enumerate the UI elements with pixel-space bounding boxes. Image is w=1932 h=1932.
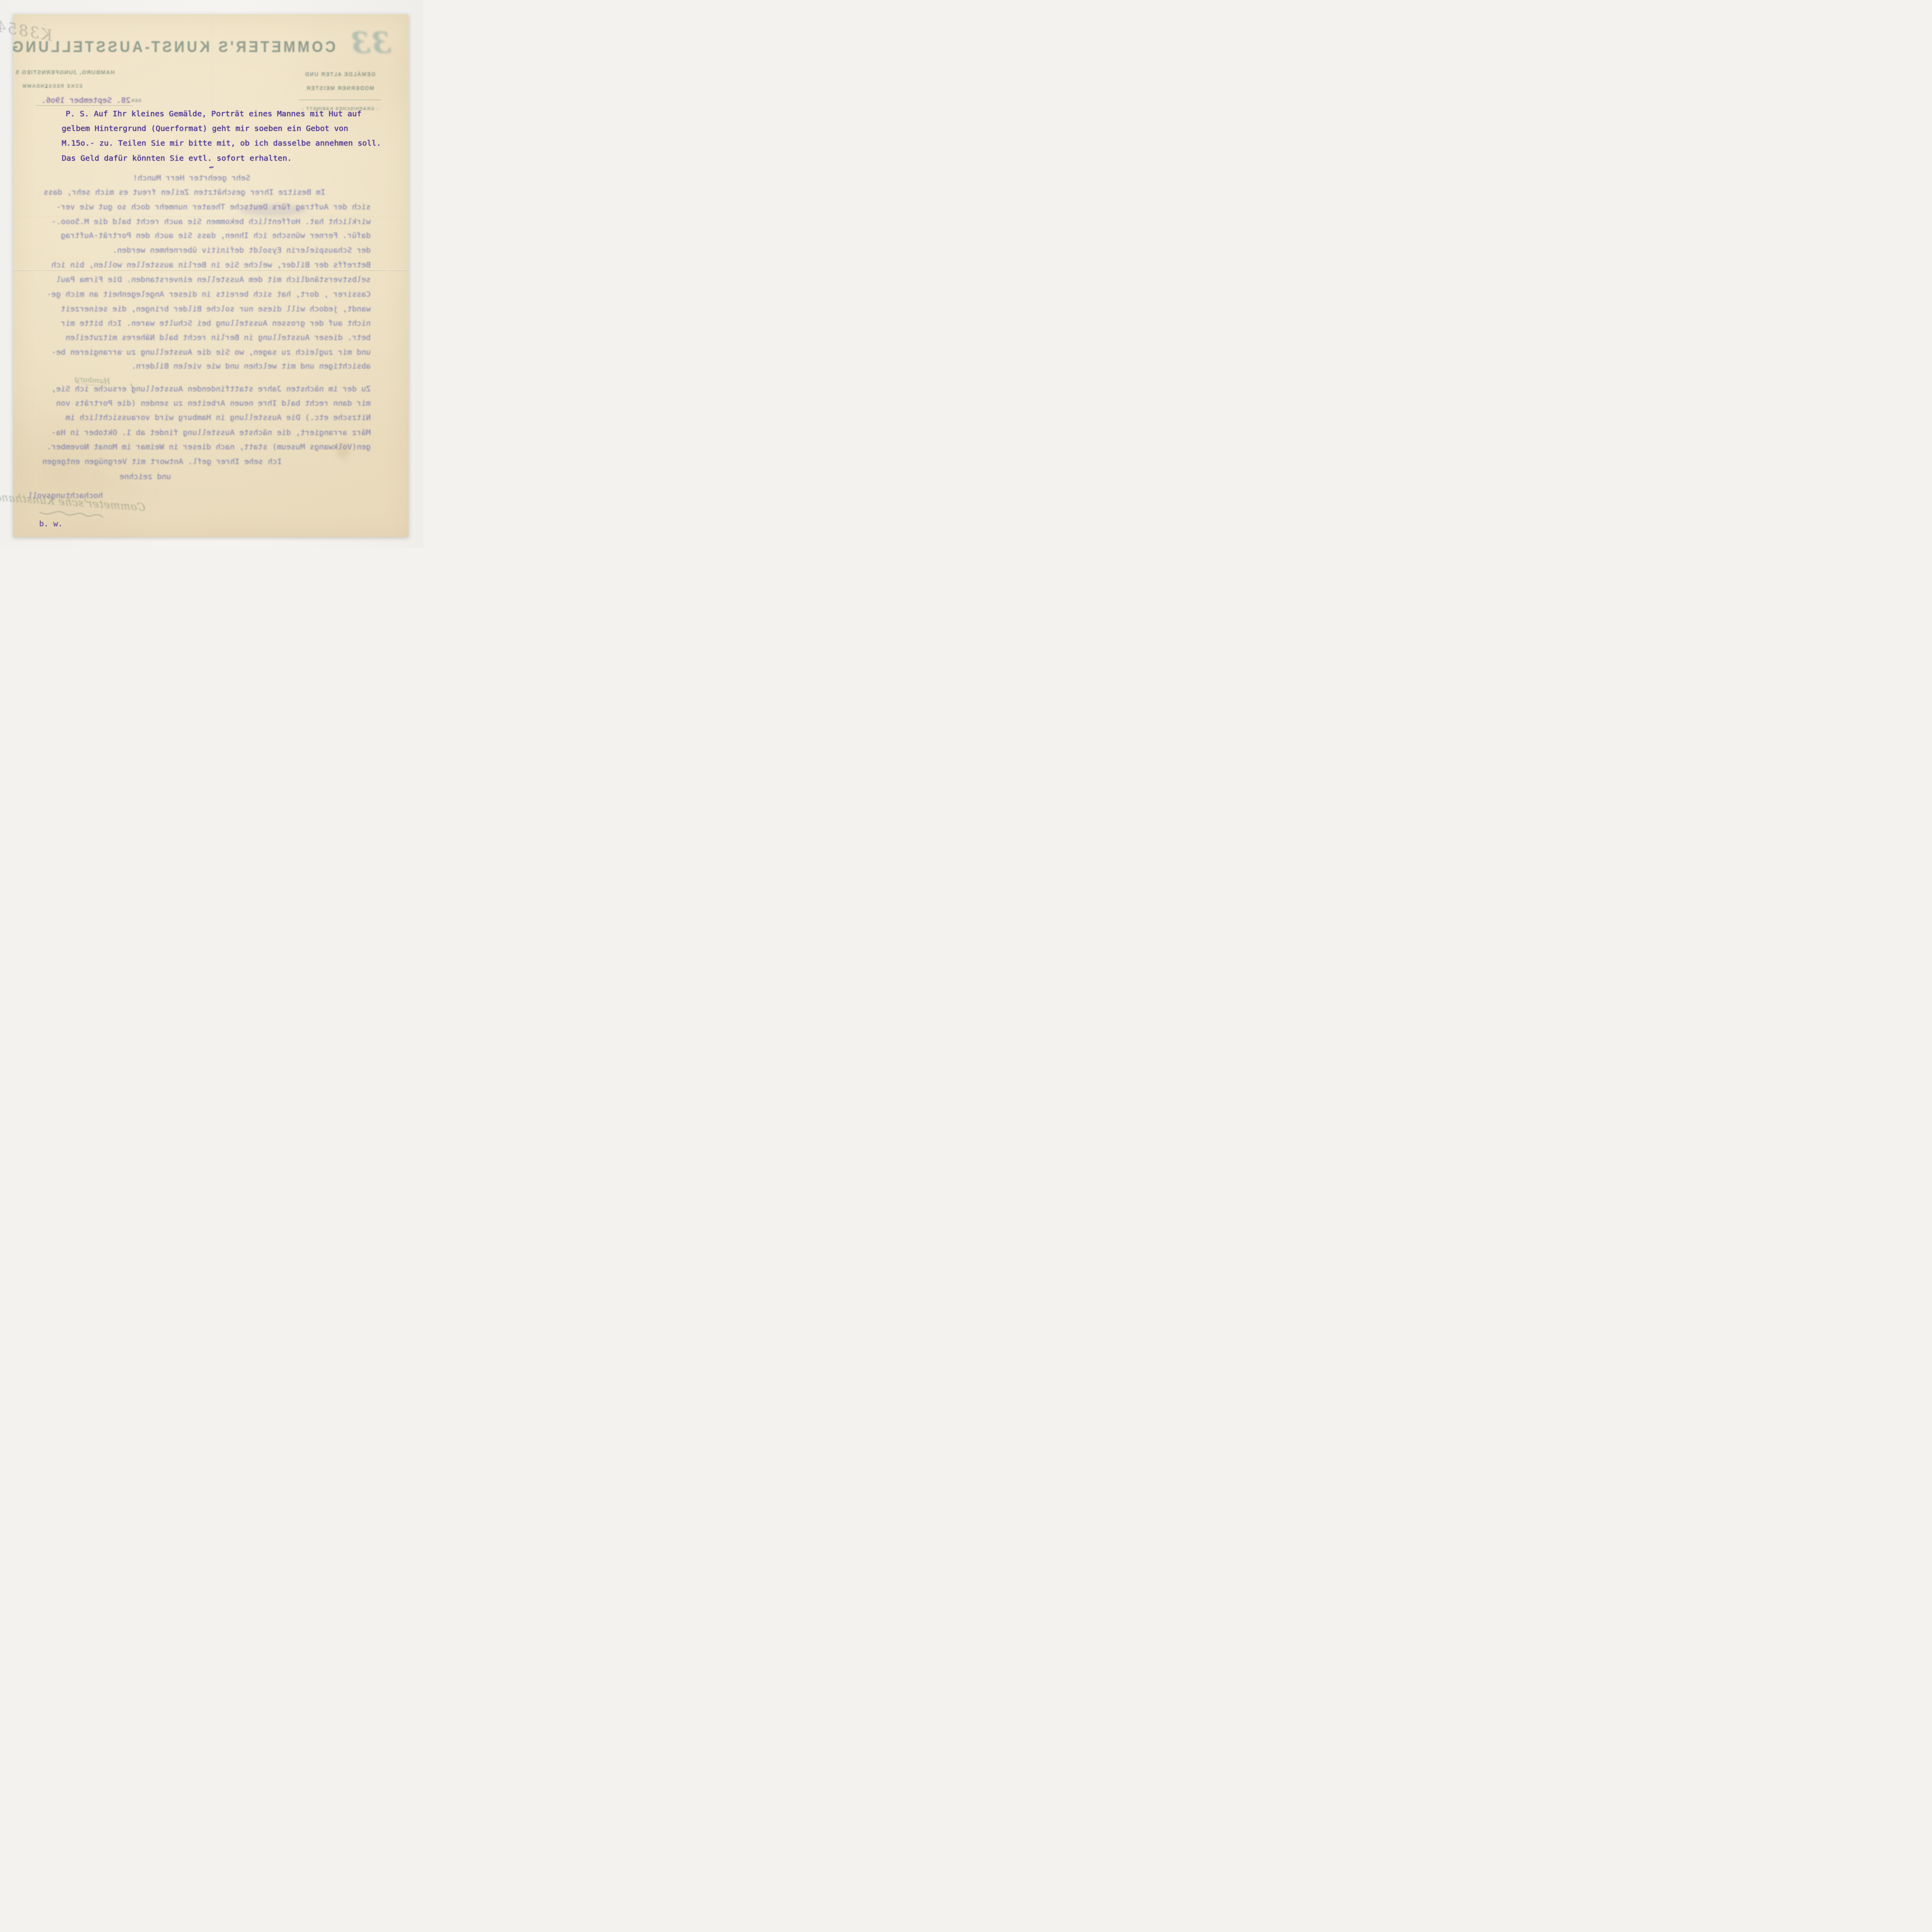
letter-paper: K3854 33 COMMETER'S KUNST-AUSSTELLUNG HA…	[13, 14, 408, 537]
fold-crease-main	[13, 269, 408, 271]
paper-speck	[283, 266, 284, 267]
paper-speck	[46, 87, 47, 88]
paper-speck	[122, 350, 123, 352]
paper-stain	[337, 442, 350, 459]
scanned-letter-page: K3854 33 COMMETER'S KUNST-AUSSTELLUNG HA…	[0, 0, 423, 548]
ink-offset-smudge	[240, 204, 305, 216]
turn-note: b. w.	[39, 519, 63, 528]
fold-crease-vertical	[211, 14, 213, 537]
recto-layer: P. S. Auf Ihr kleines Gemälde, Porträt e…	[13, 14, 408, 537]
fold-crease-upper	[13, 216, 408, 217]
postscript-line1: P. S. Auf Ihr kleines Gemälde, Porträt e…	[66, 109, 362, 118]
postscript-line3: M.15o.- zu. Teilen Sie mir bitte mit, ob…	[62, 138, 381, 148]
postscript-line2: gelbem Hintergrund (Querformat) geht mir…	[62, 124, 348, 133]
postscript-line4: Das Geld dafür könnten Sie evtl. sofort …	[62, 153, 292, 163]
